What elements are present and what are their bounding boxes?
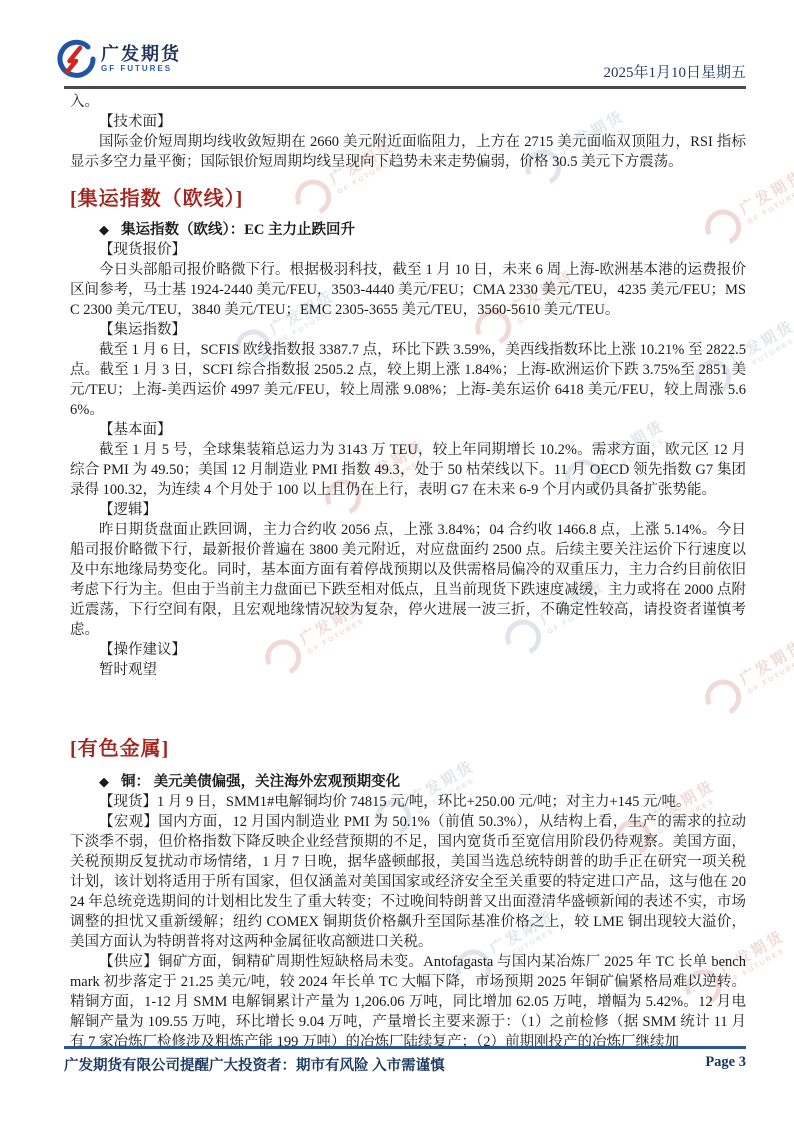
report-date: 2025年1月10日星期五	[603, 61, 746, 82]
gf-logo-mark-icon	[54, 38, 96, 80]
paragraph-copper-supply: 【供应】铜矿方面，铜精矿周期性短缺格局未变。Antofagasta 与国内某冶炼…	[70, 952, 746, 1052]
report-page: 广发期货GF FUTURES 广发期货GF FUTURES 广发期货GF FUT…	[0, 0, 794, 1123]
paragraph-advice: 暂时观望	[70, 660, 746, 680]
subsection-title-copper: ◆铜： 美元美债偏强，关注海外宏观预期变化	[70, 772, 746, 792]
report-body: 入。 【技术面】 国际金价短周期均线收敛短期在 2660 美元附近面临阻力，上方…	[70, 92, 746, 1052]
paragraph-copper-spot: 【现货】1 月 9 日，SMM1#电解铜均价 74815 元/吨，环比+250.…	[70, 792, 746, 812]
page-number: Page 3	[705, 1054, 746, 1075]
subsection-title-shipping: ◆集运指数（欧线）：EC 主力止跌回升	[70, 220, 746, 240]
logo-cn: 广发期货	[101, 45, 181, 65]
gf-futures-logo: 广发期货 GF FUTURES	[54, 38, 181, 80]
page-header: 广发期货 GF FUTURES 2025年1月10日星期五	[54, 36, 746, 86]
paragraph-fundamentals: 截至 1 月 5 号，全球集装箱总运力为 3143 万 TEU，较上年同期增长 …	[70, 440, 746, 500]
paragraph-continuation: 入。	[70, 92, 746, 112]
header-divider	[64, 86, 746, 89]
section-title-nonferrous: [有色金属]	[70, 736, 746, 762]
paragraph-spot-quotes: 今日头部船司报价略微下行。根据极羽科技，截至 1 月 10 日，未来 6 周 上…	[70, 260, 746, 320]
logo-text: 广发期货 GF FUTURES	[101, 45, 181, 74]
page-footer: 广发期货有限公司提醒广大投资者：期市有风险 入市需谨慎 Page 3	[64, 1046, 746, 1075]
block-label-logic: 【逻辑】	[70, 500, 746, 520]
diamond-bullet-icon: ◆	[99, 774, 109, 789]
paragraph-technical: 国际金价短周期均线收敛短期在 2660 美元附近面临阻力，上方在 2715 美元…	[70, 132, 746, 172]
block-label-spot-quotes: 【现货报价】	[70, 240, 746, 260]
block-label-advice: 【操作建议】	[70, 640, 746, 660]
logo-en: GF FUTURES	[101, 64, 181, 73]
paragraph-shipping-index: 截至 1 月 6 日，SCFIS 欧线指数报 3387.7 点，环比下跌 3.5…	[70, 340, 746, 420]
paragraph-logic: 昨日期货盘面止跌回调，主力合约收 2056 点，上涨 3.84%；04 合约收 …	[70, 520, 746, 640]
block-label-shipping-index: 【集运指数】	[70, 320, 746, 340]
subsection-title-text: 集运指数（欧线）：EC 主力止跌回升	[121, 222, 355, 238]
disclaimer-text: 广发期货有限公司提醒广大投资者：期市有风险 入市需谨慎	[64, 1054, 445, 1075]
subsection-title-text: 铜： 美元美债偏强，关注海外宏观预期变化	[121, 774, 400, 790]
section-title-shipping-index: [集运指数（欧线）]	[70, 186, 746, 212]
footer-divider	[64, 1046, 746, 1049]
diamond-bullet-icon: ◆	[99, 222, 109, 237]
block-label-fundamentals: 【基本面】	[70, 420, 746, 440]
block-label-technical: 【技术面】	[70, 112, 746, 132]
paragraph-copper-macro: 【宏观】国内方面，12 月国内制造业 PMI 为 50.1%（前值 50.3%）…	[70, 812, 746, 952]
